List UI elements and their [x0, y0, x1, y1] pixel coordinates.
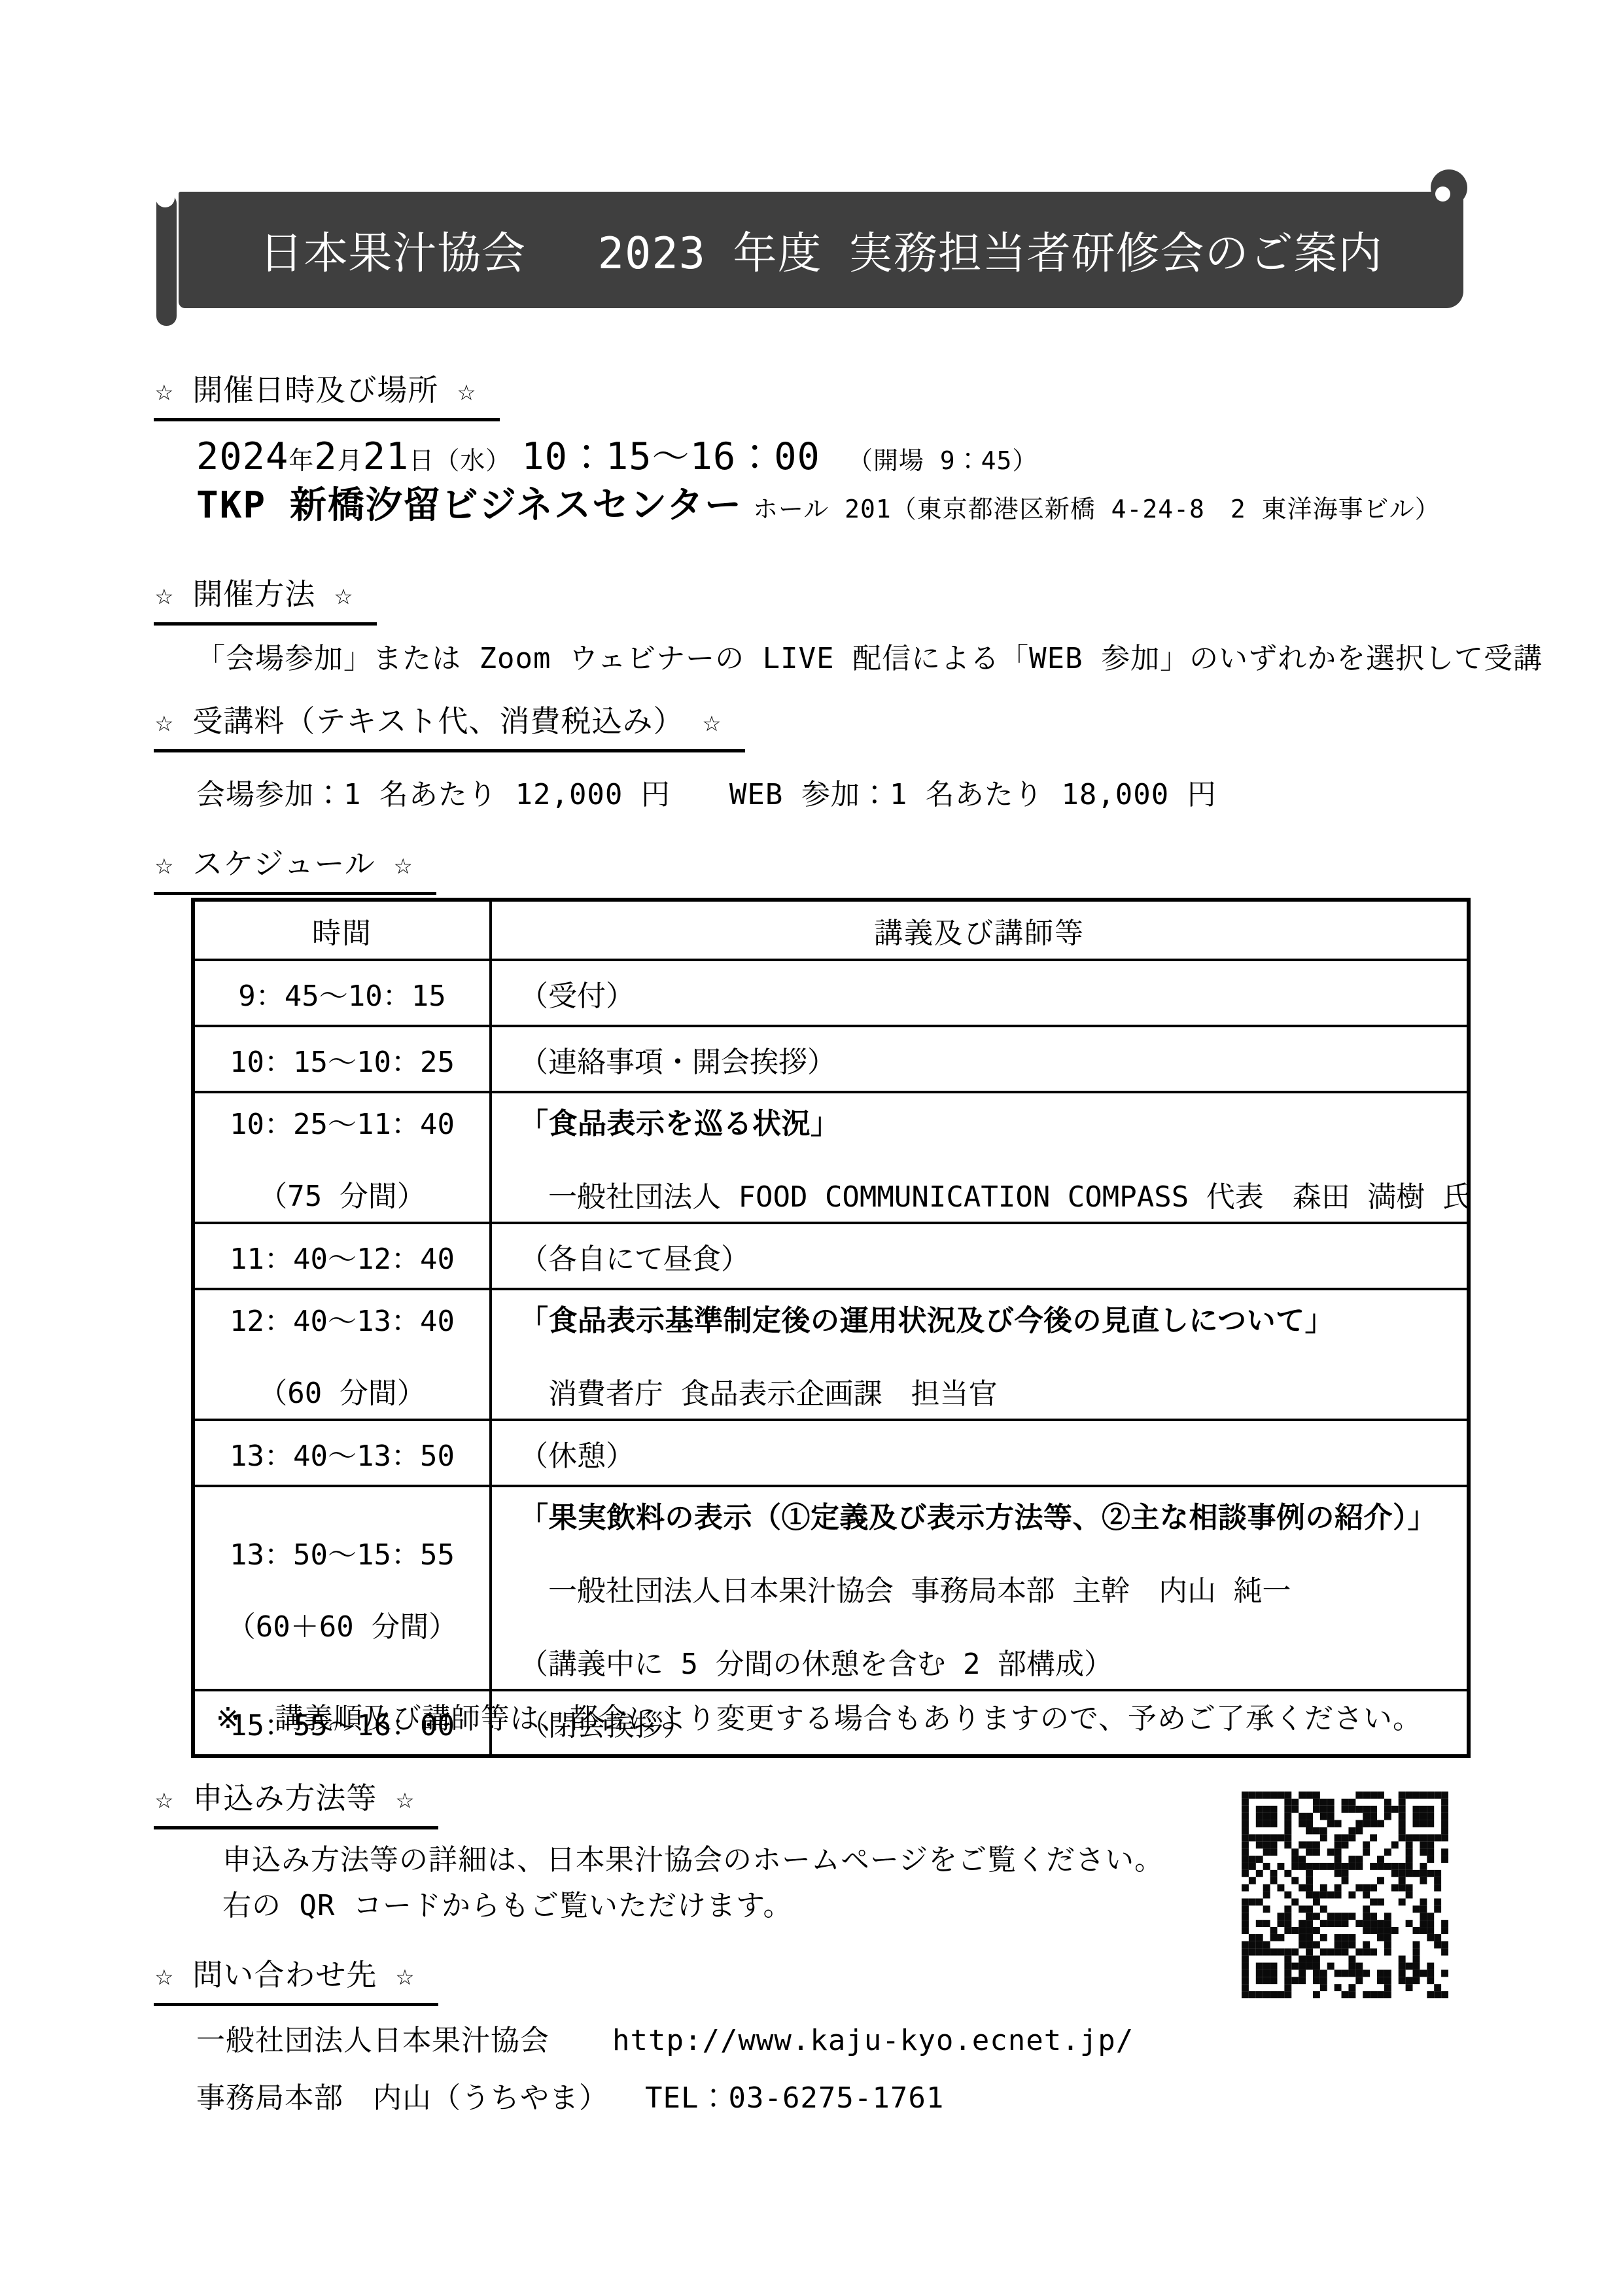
contact-dept: 事務局本部 内山（うちやま） — [196, 2081, 608, 2115]
lecture-cell: （休憩） — [491, 1420, 1469, 1486]
lecture-cell: 「食品表示を巡る状況」 一般社団法人 FOOD COMMUNICATION CO… — [491, 1092, 1469, 1223]
event-time: 10：15～16：00 — [521, 435, 820, 478]
cell-note: （受付） — [519, 972, 1456, 1014]
duration: （75 分間） — [195, 1173, 489, 1214]
apply-line-2: 右の QR コードからもご覧いただけます。 — [222, 1882, 792, 1924]
time-range: 13：50～15：55 — [195, 1531, 489, 1573]
section-heading-fee: ☆ 受講料（テキスト代、消費税込み） ☆ — [154, 698, 745, 752]
contact-org: 一般社団法人日本果汁協会 — [196, 2024, 550, 2057]
lecturer: 一般社団法人 FOOD COMMUNICATION COMPASS 代表 森田 … — [519, 1173, 1456, 1215]
time-cell: 13：40～13：50 — [193, 1420, 491, 1486]
col-header-lecture: 講義及び講師等 — [491, 900, 1469, 960]
time-range: 9：45～10：15 — [195, 972, 489, 1014]
table-row: 10：25～11：40 （75 分間） 「食品表示を巡る状況」 一般社団法人 F… — [193, 1092, 1469, 1223]
note-marker: ※ — [216, 1702, 241, 1735]
association-url[interactable]: http://www.kaju-kyo.ecnet.jp/ — [612, 2024, 1134, 2057]
col-header-time: 時間 — [193, 900, 491, 960]
cell-note: （休憩） — [519, 1432, 1456, 1474]
section-heading-method: ☆ 開催方法 ☆ — [154, 571, 377, 626]
table-row: 13：50～15：55 （60＋60 分間） 「果実飲料の表示（①定義及び表示方… — [193, 1486, 1469, 1690]
doors-open: （開場 9：45） — [848, 446, 1038, 475]
time-cell: 10：15～10：25 — [193, 1026, 491, 1092]
method-text: 「会場参加」または Zoom ウェビナーの LIVE 配信による「WEB 参加」… — [196, 635, 1543, 677]
fee-text: 会場参加：1 名あたり 12,000 円 WEB 参加：1 名あたり 18,00… — [196, 771, 1217, 813]
event-weekday: （水） — [434, 446, 511, 475]
time-cell: 9：45～10：15 — [193, 960, 491, 1026]
cell-note: （連絡事項・開会挨拶） — [519, 1038, 1456, 1080]
duration: （60 分間） — [195, 1369, 489, 1411]
event-year: 2024 — [196, 435, 288, 478]
title-banner: 日本果汁協会 2023 年度 実務担当者研修会のご案内 — [156, 167, 1471, 344]
time-cell: 10：25～11：40 （75 分間） — [193, 1092, 491, 1223]
time-range: 11：40～12：40 — [195, 1235, 489, 1277]
table-row: 12：40～13：40 （60 分間） 「食品表示基準制定後の運用状況及び今後の… — [193, 1289, 1469, 1420]
banner-scroll-curl-right-hole — [1435, 186, 1450, 202]
table-header-row: 時間 講義及び講師等 — [193, 900, 1469, 960]
time-cell: 12：40～13：40 （60 分間） — [193, 1289, 491, 1420]
event-venue: TKP 新橋汐留ビジネスセンターホール 201（東京都港区新橋 4-24-8 2… — [196, 476, 1440, 529]
section-heading-datetime: ☆ 開催日時及び場所 ☆ — [154, 366, 500, 421]
lecturer: 一般社団法人日本果汁協会 事務局本部 主幹 内山 純一 — [519, 1567, 1456, 1609]
banner-body: 日本果汁協会 2023 年度 実務担当者研修会のご案内 — [179, 192, 1463, 308]
duration: （60＋60 分間） — [195, 1603, 489, 1645]
lecture-title: 「果実飲料の表示（①定義及び表示方法等、②主な相談事例の紹介）」 — [519, 1494, 1456, 1536]
apply-line-1: 申込み方法等の詳細は、日本果汁協会のホームページをご覧ください。 — [222, 1836, 1164, 1878]
venue-detail: ホール 201（東京都港区新橋 4-24-8 2 東洋海事ビル） — [753, 495, 1440, 523]
note-text: 講義順及び講師等は、都合により変更する場合もありますので、予めご了承ください。 — [275, 1702, 1422, 1735]
time-cell: 11：40～12：40 — [193, 1223, 491, 1289]
contact-line-1: 一般社団法人日本果汁協会http://www.kaju-kyo.ecnet.jp… — [196, 2017, 1134, 2058]
table-row: 10：15～10：25 （連絡事項・開会挨拶） — [193, 1026, 1469, 1092]
table-row: 13：40～13：50 （休憩） — [193, 1420, 1469, 1486]
lecture-cell: 「食品表示基準制定後の運用状況及び今後の見直しについて」 消費者庁 食品表示企画… — [491, 1289, 1469, 1420]
event-month: 2 — [314, 435, 337, 478]
section-heading-apply: ☆ 申込み方法等 ☆ — [154, 1775, 438, 1829]
page: 日本果汁協会 2023 年度 実務担当者研修会のご案内 ☆ 開催日時及び場所 ☆… — [0, 0, 1623, 2296]
event-day: 21 — [363, 435, 410, 478]
cell-note: （各自にて昼食） — [519, 1235, 1456, 1277]
time-range: 10：25～11：40 — [195, 1101, 489, 1142]
venue-name: TKP 新橋汐留ビジネスセンター — [196, 484, 742, 527]
table-row: 11：40～12：40 （各自にて昼食） — [193, 1223, 1469, 1289]
lecture-cell: （連絡事項・開会挨拶） — [491, 1026, 1469, 1092]
time-cell: 13：50～15：55 （60＋60 分間） — [193, 1486, 491, 1690]
banner-scroll-curl-left — [156, 188, 175, 207]
lecture-cell: （各自にて昼食） — [491, 1223, 1469, 1289]
lecture-cell: 「果実飲料の表示（①定義及び表示方法等、②主な相談事例の紹介）」 一般社団法人日… — [491, 1486, 1469, 1690]
cell-note: （講義中に 5 分間の休憩を含む 2 部構成） — [519, 1640, 1456, 1682]
schedule-note: ※講義順及び講師等は、都合により変更する場合もありますので、予めご了承ください。 — [216, 1695, 1422, 1737]
qr-code — [1242, 1792, 1448, 1998]
time-range: 12：40～13：40 — [195, 1298, 489, 1339]
event-datetime: 2024年2月21日（水）10：15～16：00（開場 9：45） — [196, 427, 1038, 480]
time-range: 13：40～13：50 — [195, 1432, 489, 1474]
table-row: 9：45～10：15 （受付） — [193, 960, 1469, 1026]
lecture-title: 「食品表示基準制定後の運用状況及び今後の見直しについて」 — [519, 1297, 1456, 1339]
section-heading-contact: ☆ 問い合わせ先 ☆ — [154, 1951, 438, 2006]
section-heading-schedule: ☆ スケジュール ☆ — [154, 840, 436, 895]
lecture-cell: （受付） — [491, 960, 1469, 1026]
event-year-unit: 年 — [288, 446, 314, 475]
schedule-table: 時間 講義及び講師等 9：45～10：15 （受付） 10：15～10：25 （… — [191, 898, 1471, 1758]
banner-scroll-roll — [156, 194, 177, 326]
lecture-title: 「食品表示を巡る状況」 — [519, 1100, 1456, 1142]
contact-tel: TEL：03-6275-1761 — [645, 2081, 944, 2115]
time-range: 10：15～10：25 — [195, 1038, 489, 1080]
event-month-unit: 月 — [338, 446, 363, 475]
page-title: 日本果汁協会 2023 年度 実務担当者研修会のご案内 — [259, 219, 1382, 281]
contact-line-2: 事務局本部 内山（うちやま）TEL：03-6275-1761 — [196, 2074, 944, 2116]
event-day-unit: 日 — [409, 446, 434, 475]
lecturer: 消費者庁 食品表示企画課 担当官 — [519, 1370, 1456, 1412]
